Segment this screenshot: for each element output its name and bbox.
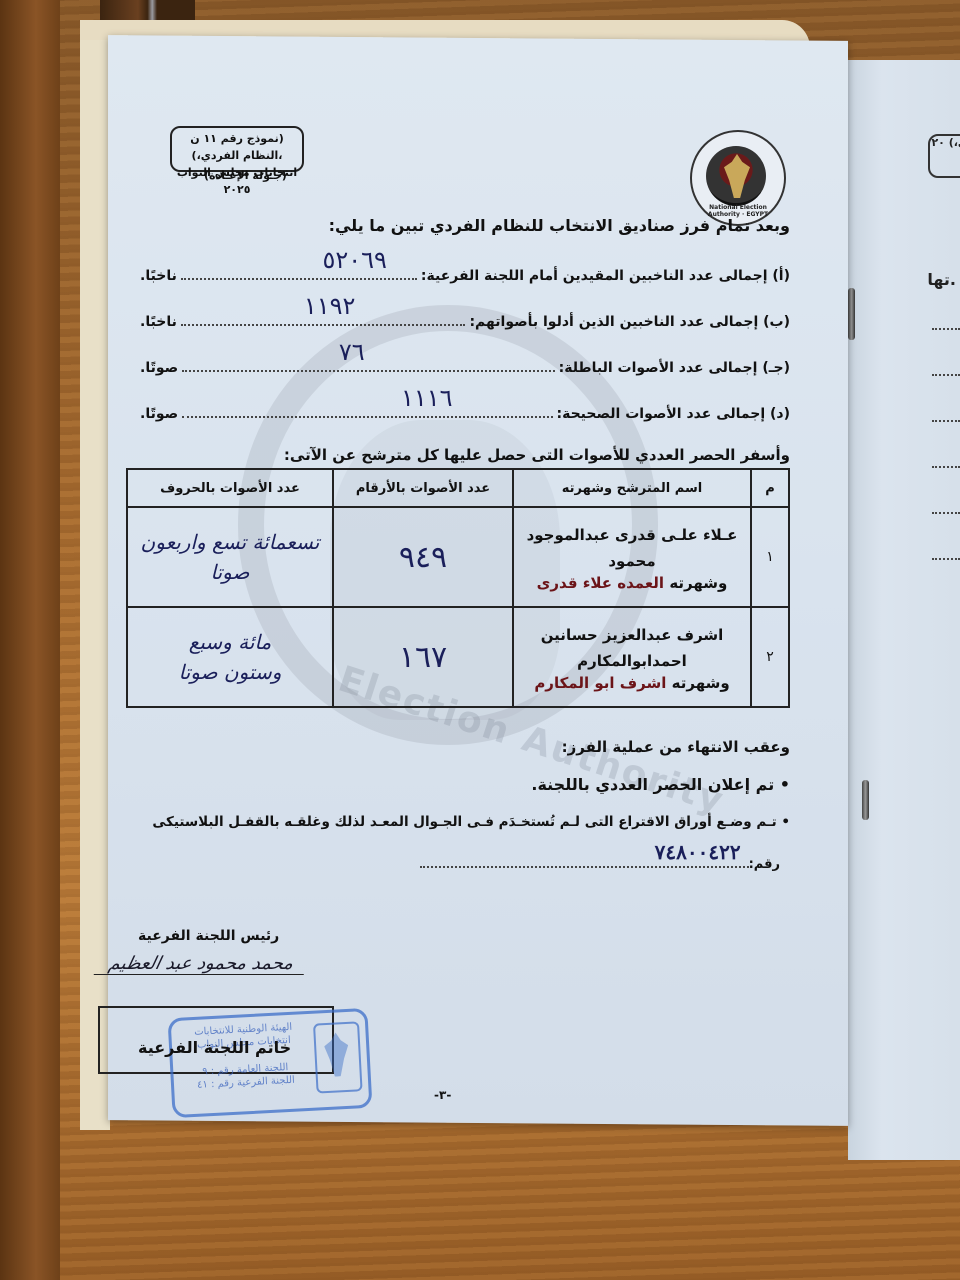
col-header-candidate: اسم المترشح وشهرته xyxy=(513,469,751,507)
chair-signature: محمد محمود عبد العظيم xyxy=(94,953,309,975)
votes-digits-cell: ٩٤٩ xyxy=(333,507,513,607)
dotted-fill: ٧٦ xyxy=(182,352,554,372)
candidate-fame: وشهرته اشرف ابو المكارم xyxy=(515,674,749,692)
candidate-cell: اشرف عبدالعزيز حسانين احمدابوالمكارم وشه… xyxy=(513,607,751,707)
votes-digits: ٩٤٩ xyxy=(399,540,447,575)
intro-heading: وبعد تمام فرز صناديق الانتخاب للنظام الف… xyxy=(329,216,790,235)
fame-prefix: وشهرته xyxy=(672,674,730,692)
votes-digits: ١٦٧ xyxy=(399,640,447,675)
candidate-cell: عـلاء علـى قدرى عبدالموجود محمود وشهرته … xyxy=(513,507,751,607)
total-invalid-line: (جـ) إجمالى عدد الأصوات الباطلة: ٧٦ صوتً… xyxy=(140,352,790,376)
votes-digits-cell: ١٦٧ xyxy=(333,607,513,707)
dotted-line xyxy=(932,558,960,560)
lock-number-label: رقم: xyxy=(749,857,780,872)
candidate-votes-table: م اسم المترشح وشهرته عدد الأصوات بالأرقا… xyxy=(126,468,790,708)
right-facing-page: ردي،) ٢٠ تها. xyxy=(848,60,960,1160)
field-label: (أ) إجمالى عدد الناخبين المقيدين أمام ال… xyxy=(421,268,790,284)
dotted-fill: ٥٢٠٦٩ xyxy=(181,260,417,280)
candidate-fame: وشهرته العمده علاء قدرى xyxy=(515,574,749,592)
votes-words: تسعمائة تسع واربعون xyxy=(129,527,331,557)
handwritten-value: ٥٢٠٦٩ xyxy=(322,246,386,274)
dotted-line xyxy=(932,374,960,376)
dotted-fill: ٧٤٨٠٠٤٢٢ xyxy=(420,850,749,868)
votes-words-cell: مائة وسبع وستون صوتا xyxy=(127,607,333,707)
row-number: ٢ xyxy=(751,607,789,707)
votes-words-suffix: وستون صوتا xyxy=(129,657,331,687)
dotted-fill: ١١٩٢ xyxy=(181,306,466,326)
votes-words-suffix: صوتا xyxy=(129,557,331,587)
handwritten-value: ١١٩٢ xyxy=(304,292,356,320)
field-unit: ناخبًا. xyxy=(140,314,177,330)
staple-icon xyxy=(848,288,855,340)
bullet-unused-ballots: • تـم وضـع أوراق الاقتراع التى لـم تُستخ… xyxy=(152,814,790,830)
table-title: وأسفر الحصر العددي للأصوات التى حصل عليه… xyxy=(284,446,790,464)
page-number: -٣- xyxy=(434,1088,451,1102)
form-number-box: (نموذج رقم ١١ ن ،النظام الفردي،) انتخابا… xyxy=(170,126,304,172)
stamp-box-label: خاتم اللجنة الفرعية xyxy=(138,1038,291,1057)
fame-prefix: وشهرته xyxy=(669,574,727,592)
chair-title: رئيس اللجنة الفرعية xyxy=(138,928,279,944)
lock-number-value: ٧٤٨٠٠٤٢٢ xyxy=(655,840,741,864)
after-sorting-heading: وعقب الانتهاء من عملية الفرز: xyxy=(562,738,790,756)
form-number: (نموذج رقم ١١ ن ،النظام الفردي،) xyxy=(172,130,302,164)
col-header-votes-words: عدد الأصوات بالحروف xyxy=(127,469,333,507)
official-stamp: الهيئة الوطنية للانتخابات انتخابات مجلس … xyxy=(168,1008,373,1118)
candidate-name: عـلاء علـى قدرى عبدالموجود محمود xyxy=(515,522,749,574)
handwritten-value: ١١١٦ xyxy=(401,384,453,412)
dotted-line xyxy=(932,512,960,514)
field-unit: صوتًا. xyxy=(140,406,178,422)
dotted-fill: ١١١٦ xyxy=(182,398,552,418)
total-valid-line: (د) إجمالى عدد الأصوات الصحيحة: ١١١٦ صوت… xyxy=(140,398,790,422)
field-label: (د) إجمالى عدد الأصوات الصحيحة: xyxy=(557,406,791,422)
field-unit: ناخبًا. xyxy=(140,268,177,284)
total-registered-line: (أ) إجمالى عدد الناخبين المقيدين أمام ال… xyxy=(140,260,790,284)
right-page-form-box: ردي،) ٢٠ xyxy=(928,134,960,178)
desk-edge xyxy=(0,0,60,1280)
votes-words: مائة وسبع xyxy=(129,627,331,657)
candidate-name: اشرف عبدالعزيز حسانين احمدابوالمكارم xyxy=(515,622,749,674)
col-header-votes-digits: عدد الأصوات بالأرقام xyxy=(333,469,513,507)
table-row: ١ عـلاء علـى قدرى عبدالموجود محمود وشهرت… xyxy=(127,507,789,607)
row-number: ١ xyxy=(751,507,789,607)
table-header-row: م اسم المترشح وشهرته عدد الأصوات بالأرقا… xyxy=(127,469,789,507)
dotted-line xyxy=(932,328,960,330)
round-label: (جـولة الإعـادة) xyxy=(204,169,287,182)
bullet-announcement: • تم إعلان الحصر العددي باللجنة. xyxy=(531,775,790,794)
staple-icon xyxy=(862,780,869,820)
right-page-heading: تها. xyxy=(927,270,956,289)
lock-number-line: رقم: ٧٤٨٠٠٤٢٢ xyxy=(420,850,780,872)
dotted-line xyxy=(932,466,960,468)
total-voters-line: (ب) إجمالى عدد الناخبين الذين أدلوا بأصو… xyxy=(140,306,790,330)
col-header-number: م xyxy=(751,469,789,507)
field-unit: صوتًا. xyxy=(140,360,178,376)
handwritten-value: ٧٦ xyxy=(339,338,365,366)
eagle-icon xyxy=(313,1021,363,1093)
fame-name: اشرف ابو المكارم xyxy=(534,674,666,692)
field-label: (ب) إجمالى عدد الناخبين الذين أدلوا بأصو… xyxy=(469,314,790,330)
field-label: (جـ) إجمالى عدد الأصوات الباطلة: xyxy=(559,360,790,376)
dotted-line xyxy=(932,420,960,422)
table-row: ٢ اشرف عبدالعزيز حسانين احمدابوالمكارم و… xyxy=(127,607,789,707)
results-form: National Election Authority · EGYPT (نمو… xyxy=(108,38,848,1123)
national-election-authority-logo: National Election Authority · EGYPT xyxy=(690,130,786,226)
fame-name: العمده علاء قدرى xyxy=(537,574,664,592)
votes-words-cell: تسعمائة تسع واربعون صوتا xyxy=(127,507,333,607)
